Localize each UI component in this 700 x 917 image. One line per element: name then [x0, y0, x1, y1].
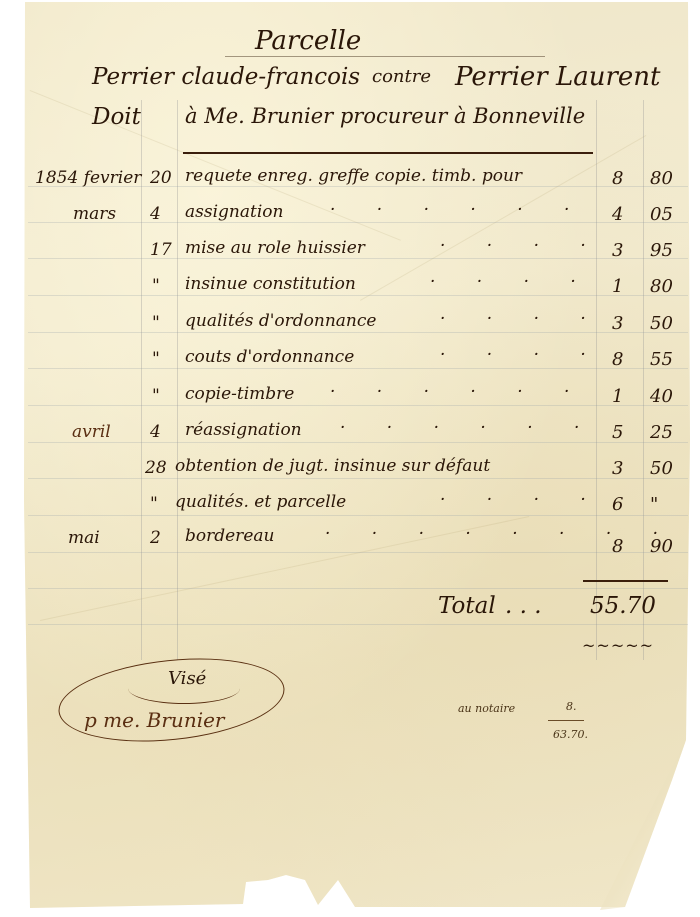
ruled-line [28, 624, 688, 625]
entry-centimes: 80 [650, 168, 673, 189]
signature-brunier: p me. Brunier [84, 708, 225, 732]
entry-description: qualités. et parcelle [175, 492, 346, 512]
entry-day: " [152, 276, 160, 296]
column-line-day [177, 100, 178, 660]
leader-dots: · · · · [440, 490, 604, 510]
document-title: Parcelle [255, 26, 361, 56]
entry-description: obtention de jugt. insinue sur défaut [175, 456, 490, 476]
ruled-line [28, 588, 688, 589]
entry-day: 20 [150, 168, 172, 188]
entry-centimes: 50 [650, 458, 673, 479]
leader-dots: · · · · [430, 272, 594, 292]
leader-dots: · · · · [440, 236, 604, 256]
entry-description: bordereau [185, 526, 274, 546]
column-line-francs [596, 100, 597, 660]
ruled-line [28, 368, 688, 369]
entry-day: " [152, 349, 160, 369]
column-line-centimes [643, 100, 644, 660]
entry-francs: 4 [612, 204, 623, 225]
entry-date: mars [73, 204, 116, 224]
ruled-line [28, 295, 688, 296]
plaintiff-name: Perrier claude-francois [92, 64, 360, 90]
leader-dots: · · · · [440, 345, 604, 365]
entry-centimes: 55 [650, 349, 673, 370]
entry-centimes: 90 [650, 536, 673, 557]
entry-francs: 8 [612, 349, 623, 370]
entry-day: 4 [150, 422, 161, 442]
ruled-line [28, 405, 688, 406]
defendant-name: Perrier Laurent [455, 62, 661, 92]
entry-centimes: 05 [650, 204, 673, 225]
ruled-line [28, 552, 688, 553]
entry-centimes: 80 [650, 276, 673, 297]
entry-description: copie-timbre [185, 384, 294, 404]
entry-centimes: 95 [650, 240, 673, 261]
entry-description: insinue constitution [185, 274, 356, 294]
entry-francs: 8 [612, 536, 623, 557]
leader-dots: · · · · · · [340, 418, 597, 438]
margin-note-rule [548, 720, 584, 721]
entry-francs: 1 [612, 276, 623, 297]
entry-centimes: 50 [650, 313, 673, 334]
owed-to: à Me. Brunier procureur à Bonneville [185, 104, 585, 128]
total-value: 55.70 [590, 593, 656, 619]
ruled-line [28, 222, 688, 223]
entry-date: 1854 fevrier [35, 168, 141, 188]
stamp-vise: Visé [168, 668, 206, 689]
entry-day: " [152, 313, 160, 333]
margin-note-label: au notaire [458, 702, 515, 715]
entry-day: 28 [145, 458, 167, 478]
entry-description: réassignation [185, 420, 302, 440]
total-label: Total [438, 593, 496, 619]
ruled-line [28, 515, 688, 516]
header-rule [183, 152, 593, 154]
entry-centimes: 25 [650, 422, 673, 443]
entry-day: 4 [150, 204, 161, 224]
ruled-line [28, 478, 688, 479]
entry-description: couts d'ordonnance [185, 347, 354, 367]
entry-day: 2 [150, 528, 161, 548]
ruled-line [28, 332, 688, 333]
entry-francs: 3 [612, 313, 623, 334]
entry-francs: 5 [612, 422, 623, 443]
entry-day: 17 [150, 240, 172, 260]
margin-note-grand-total: 63.70. [553, 728, 588, 741]
versus-word: contre [372, 66, 431, 87]
leader-dots: · · · · · · [330, 200, 587, 220]
entry-francs: 3 [612, 240, 623, 261]
owed-label: Doit [92, 104, 141, 130]
entry-day: " [150, 494, 158, 514]
entry-centimes: 40 [650, 386, 673, 407]
entry-description: qualités d'ordonnance [185, 311, 376, 331]
entry-francs: 8 [612, 168, 623, 189]
title-underline [225, 56, 545, 57]
ruled-line [28, 258, 688, 259]
entry-centimes: " [650, 494, 658, 515]
entry-description: mise au role huissier [185, 238, 365, 258]
leader-dots: · · · · [440, 309, 604, 329]
entry-date: mai [68, 528, 100, 548]
entry-description: assignation [185, 202, 283, 222]
entry-date: avril [72, 422, 111, 442]
margin-note-addition: 8. [566, 700, 577, 713]
entry-description: requete enreg. greffe copie. timb. pour [185, 166, 522, 186]
entry-day: " [152, 386, 160, 406]
closing-flourish: ~~~~~ [582, 636, 654, 655]
leader-dots: · · · · · · [330, 382, 587, 402]
ruled-line [28, 442, 688, 443]
entry-francs: 6 [612, 494, 623, 515]
total-leader-dots: . . . [505, 593, 542, 619]
entry-francs: 1 [612, 386, 623, 407]
entry-francs: 3 [612, 458, 623, 479]
total-rule [583, 580, 668, 582]
